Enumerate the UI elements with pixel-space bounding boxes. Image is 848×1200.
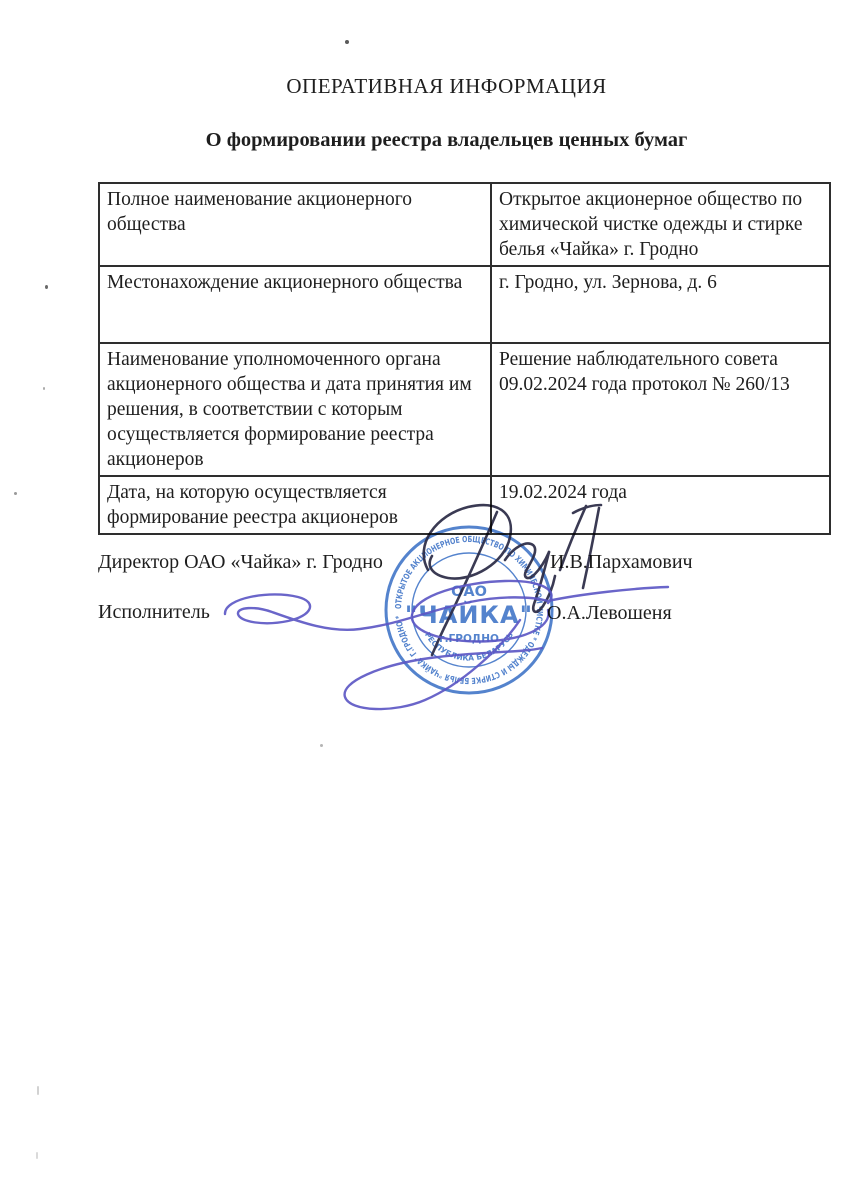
executor-role-label: Исполнитель xyxy=(98,601,210,624)
stamp-center-chaika: "ЧАЙКА" xyxy=(405,600,533,629)
table-row: Полное наименование акционерного обществ… xyxy=(99,183,830,266)
row-value-cell: Решение наблюдательного совета 09.02.202… xyxy=(491,343,830,476)
stamp-inner-arc-text: РЕСПУБЛИКА БЕЛАРУСЬ xyxy=(423,630,515,662)
company-stamp: ОТКРЫТОЕ АКЦИОНЕРНОЕ ОБЩЕСТВО ПО ХИМИЧЕС… xyxy=(386,527,552,693)
row-value-cell: г. Гродно, ул. Зернова, д. 6 xyxy=(491,266,830,343)
row-label-cell: Наименование уполномоченного органа акци… xyxy=(99,343,491,476)
director-name: И.В.Пархамович xyxy=(550,551,693,574)
scan-speck xyxy=(14,492,17,495)
table-row: Наименование уполномоченного органа акци… xyxy=(99,343,830,476)
row-label-cell: Дата, на которую осуществляется формиров… xyxy=(99,476,491,534)
scan-speck xyxy=(345,40,349,44)
scan-speck xyxy=(37,1086,39,1095)
document-subtitle: О формировании реестра владельцев ценных… xyxy=(98,129,795,152)
table-row: Местонахождение акционерного общества г.… xyxy=(99,266,830,343)
row-value-cell: 19.02.2024 года xyxy=(491,476,830,534)
scan-speck xyxy=(45,285,48,289)
table-row: Дата, на которую осуществляется формиров… xyxy=(99,476,830,534)
director-role-label: Директор ОАО «Чайка» г. Гродно xyxy=(98,551,383,574)
scan-speck xyxy=(43,387,45,390)
registry-info-table: Полное наименование акционерного обществ… xyxy=(98,182,831,535)
stamp-ring-text: ОТКРЫТОЕ АКЦИОНЕРНОЕ ОБЩЕСТВО ПО ХИМИЧЕС… xyxy=(393,534,546,686)
stamp-center-oao: ОАО xyxy=(451,584,487,600)
scanned-document-page: ОПЕРАТИВНАЯ ИНФОРМАЦИЯ О формировании ре… xyxy=(0,0,848,1200)
row-value-cell: Открытое акционерное общество по химичес… xyxy=(491,183,830,266)
scan-speck xyxy=(320,744,323,747)
row-label-cell: Местонахождение акционерного общества xyxy=(99,266,491,343)
document-title: ОПЕРАТИВНАЯ ИНФОРМАЦИЯ xyxy=(98,74,795,99)
executor-name: О.А.Левошеня xyxy=(547,602,672,625)
scan-speck xyxy=(36,1152,38,1159)
executor-signature xyxy=(225,581,668,709)
row-label-cell: Полное наименование акционерного обществ… xyxy=(99,183,491,266)
stamp-center-grodno: г.ГРОДНО xyxy=(439,633,499,645)
